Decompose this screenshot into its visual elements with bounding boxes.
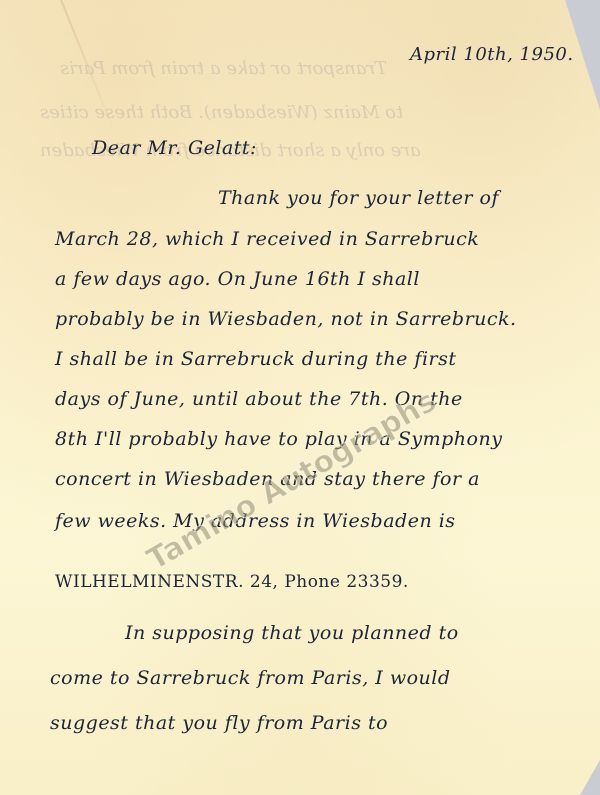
- letter-line: probably be in Wiesbaden, not in Sarrebr…: [55, 308, 517, 330]
- letter-line: I shall be in Sarrebruck during the firs…: [55, 348, 457, 370]
- letter-line: suggest that you fly from Paris to: [50, 712, 388, 734]
- bleed-through-line: Transport or take a train from Paris: [60, 58, 387, 79]
- letter-line: In supposing that you planned to: [125, 622, 459, 644]
- letter-salutation: Dear Mr. Gelatt:: [92, 137, 257, 159]
- letter-line: come to Sarrebruck from Paris, I would: [50, 667, 451, 689]
- letter-line: March 28, which I received in Sarrebruck: [55, 228, 479, 250]
- letter-date: April 10th, 1950.: [410, 44, 574, 65]
- letter-line: 8th I'll probably have to play in a Symp…: [55, 428, 502, 450]
- letter-line: Thank you for your letter of: [218, 187, 499, 209]
- letter-line: a few days ago. On June 16th I shall: [55, 268, 420, 290]
- letter-address-line: WILHELMINENSTR. 24, Phone 23359.: [55, 572, 409, 592]
- letter-paper: Transport or take a train from Paris to …: [0, 0, 600, 795]
- bleed-through-line: to Mainz (Wiesbaden). Both these cities: [40, 102, 403, 123]
